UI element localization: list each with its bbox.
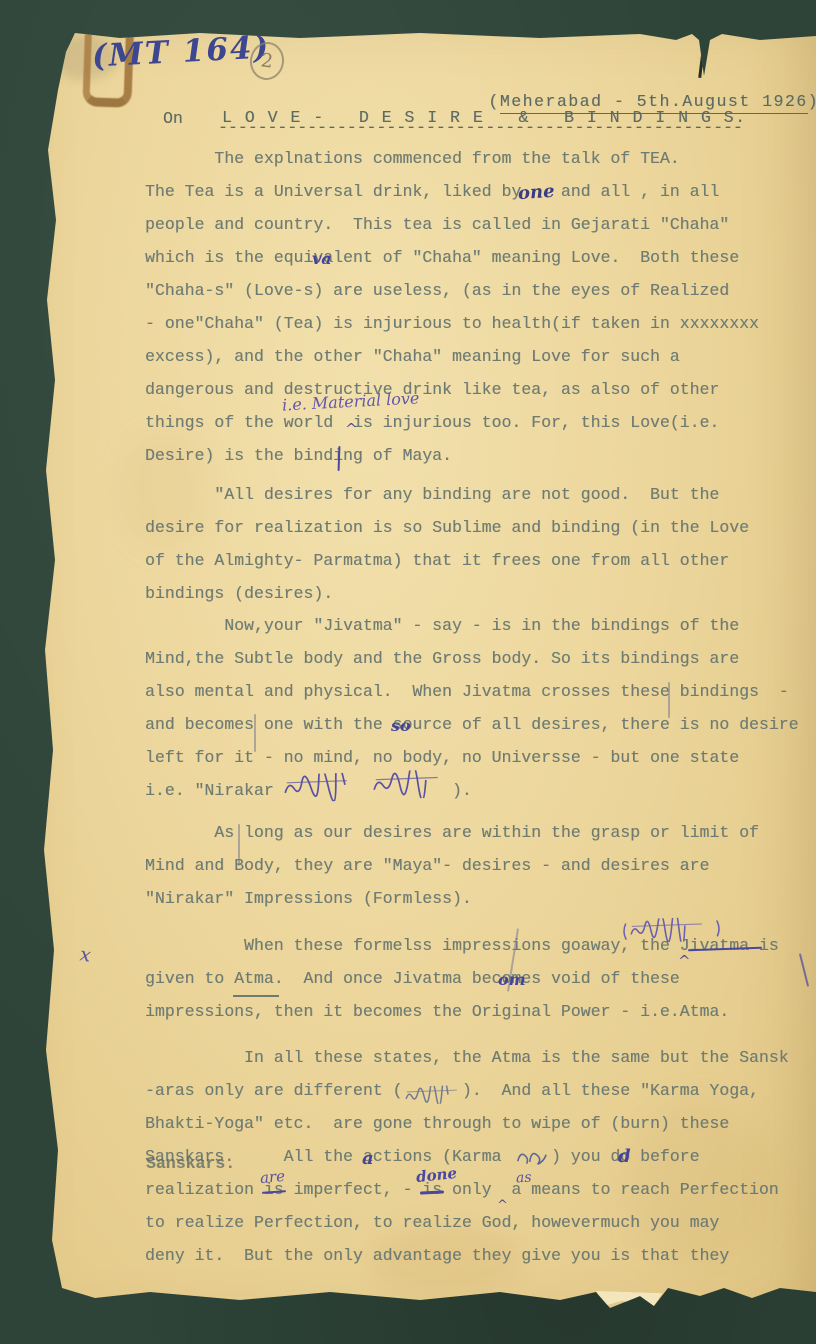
ink-dot	[24, 1252, 29, 1258]
photo-mount: (MT 164) 2 (Meherabad - 5th.August 1926)…	[0, 0, 816, 1344]
gujarati-script-karma	[513, 1145, 552, 1169]
gujarati-script-nirala	[404, 1085, 463, 1105]
pen-stroke-becomes	[254, 714, 256, 752]
ink-overstrike-a: a	[362, 1148, 374, 1169]
ink-overstrike-val: va	[312, 249, 332, 268]
typed-paragraph-6: In all these states, the Atma is the sam…	[145, 1041, 789, 1272]
ink-overstrike-d: d	[618, 1146, 631, 1167]
dateline-close-paren: )	[808, 92, 816, 111]
title-underline: ----------------------------------------…	[218, 118, 743, 138]
torn-paper-shard	[596, 1291, 662, 1308]
gujarati-script-nirakar-avastha	[282, 769, 453, 803]
typed-paragraph-3: Now,your "Jivatma" - say - is in the bin…	[145, 609, 799, 807]
margin-stroke	[36, 366, 43, 424]
handwritten-insert-one: one	[517, 181, 555, 204]
caret-mark: ^	[678, 952, 691, 970]
caret-mark: ^	[345, 420, 358, 438]
margin-x-mark: x	[79, 943, 93, 966]
typed-paragraph-2: "All desires for any binding are not goo…	[145, 478, 749, 610]
typed-paragraph-5: When these formelss impressions goaway, …	[145, 929, 779, 1028]
correction-are: are	[259, 1167, 285, 1187]
correction-as: as	[515, 1169, 532, 1186]
ink-overstrike-om: om	[498, 970, 526, 989]
pen-stroke-as-long	[238, 824, 240, 866]
pen-stroke-these-bindings	[668, 682, 670, 718]
ink-overstrike-sanskars: Sanskars.	[146, 1151, 235, 1177]
archive-ref-handwritten: (MT 164)	[91, 29, 271, 74]
underline-atma	[233, 995, 279, 997]
title-prefix: On	[163, 102, 183, 135]
page-number: 2	[259, 49, 274, 72]
ink-overstrike-so: so	[391, 716, 411, 735]
caret-mark: ^	[497, 1198, 508, 1213]
ink-blob	[86, 14, 103, 33]
typed-paragraph-1: The explnations commenced from the talk …	[145, 142, 759, 472]
edge-pen-hook	[799, 953, 809, 986]
gujarati-script-jivatmapana	[622, 916, 723, 943]
document-page: (MT 164) 2 (Meherabad - 5th.August 1926)…	[0, 0, 816, 1344]
